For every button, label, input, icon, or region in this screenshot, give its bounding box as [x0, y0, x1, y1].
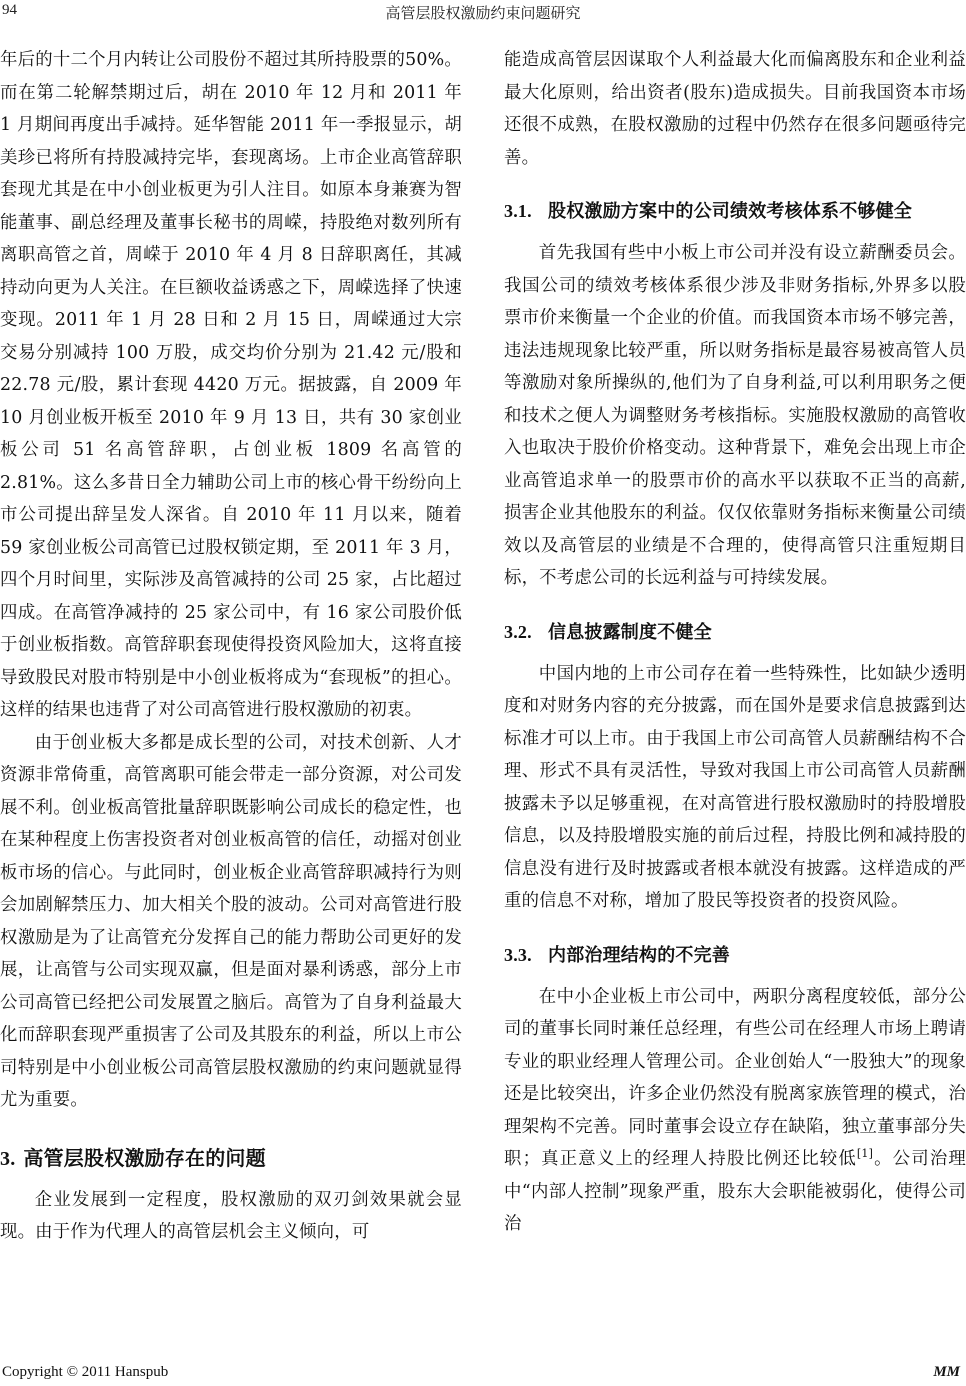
- page-footer: Copyright © 2011 Hanspub MM: [0, 1364, 966, 1386]
- section-heading-3: 3.高管层股权激励存在的问题: [0, 1143, 462, 1174]
- section-number: 3.2.: [504, 617, 548, 647]
- section-title: 信息披露制度不健全: [548, 622, 712, 643]
- paragraph: 首先我国有些中小板上市公司并没有设立薪酬委员会。我国公司的绩效考核体系很少涉及非…: [504, 237, 966, 595]
- section-number: 3.3.: [504, 940, 548, 970]
- citation-reference[interactable]: [1]: [857, 1147, 873, 1160]
- section-number: 3.1.: [504, 196, 548, 226]
- paragraph: 中国内地的上市公司存在着一些特殊性，比如缺少透明度和对财务内容的充分披露，而在国…: [504, 658, 966, 918]
- paragraph: 由于创业板大多都是成长型的公司，对技术创新、人才资源非常倚重，高管离职可能会带走…: [0, 727, 462, 1117]
- section-title: 内部治理结构的不完善: [548, 945, 730, 966]
- section-title: 高管层股权激励存在的问题: [23, 1146, 265, 1170]
- section-heading-3-2: 3.2.信息披露制度不健全: [504, 617, 966, 648]
- paragraph: 在中小企业板上市公司中，两职分离程度较低，部分公司的董事长同时兼任总经理，有些公…: [504, 981, 966, 1241]
- paragraph: 企业发展到一定程度，股权激励的双刃剑效果就会显现。由于作为代理人的高管层机会主义…: [0, 1184, 462, 1249]
- paragraph: 能造成高管层因谋取个人利益最大化而偏离股东和企业利益最大化原则，给出资者(股东)…: [504, 44, 966, 174]
- journal-abbreviation: MM: [933, 1364, 960, 1381]
- section-heading-3-1: 3.1.股权激励方案中的公司绩效考核体系不够健全: [504, 196, 966, 227]
- left-column: 年后的十二个月内转让公司股份不超过其所持股票的50%。而在第二轮解禁期过后，胡在…: [0, 44, 462, 1249]
- paragraph-text: 在中小企业板上市公司中，两职分离程度较低，部分公司的董事长同时兼任总经理，有些公…: [504, 987, 966, 1170]
- paragraph: 年后的十二个月内转让公司股份不超过其所持股票的50%。而在第二轮解禁期过后，胡在…: [0, 44, 462, 727]
- section-number: 3.: [0, 1148, 15, 1170]
- copyright-notice: Copyright © 2011 Hanspub: [2, 1364, 168, 1381]
- page-header: 94 高管层股权激励约束问题研究: [0, 0, 966, 26]
- section-title: 股权激励方案中的公司绩效考核体系不够健全: [548, 201, 912, 222]
- section-heading-3-3: 3.3.内部治理结构的不完善: [504, 940, 966, 971]
- right-column: 能造成高管层因谋取个人利益最大化而偏离股东和企业利益最大化原则，给出资者(股东)…: [504, 44, 966, 1241]
- running-title: 高管层股权激励约束问题研究: [0, 2, 966, 23]
